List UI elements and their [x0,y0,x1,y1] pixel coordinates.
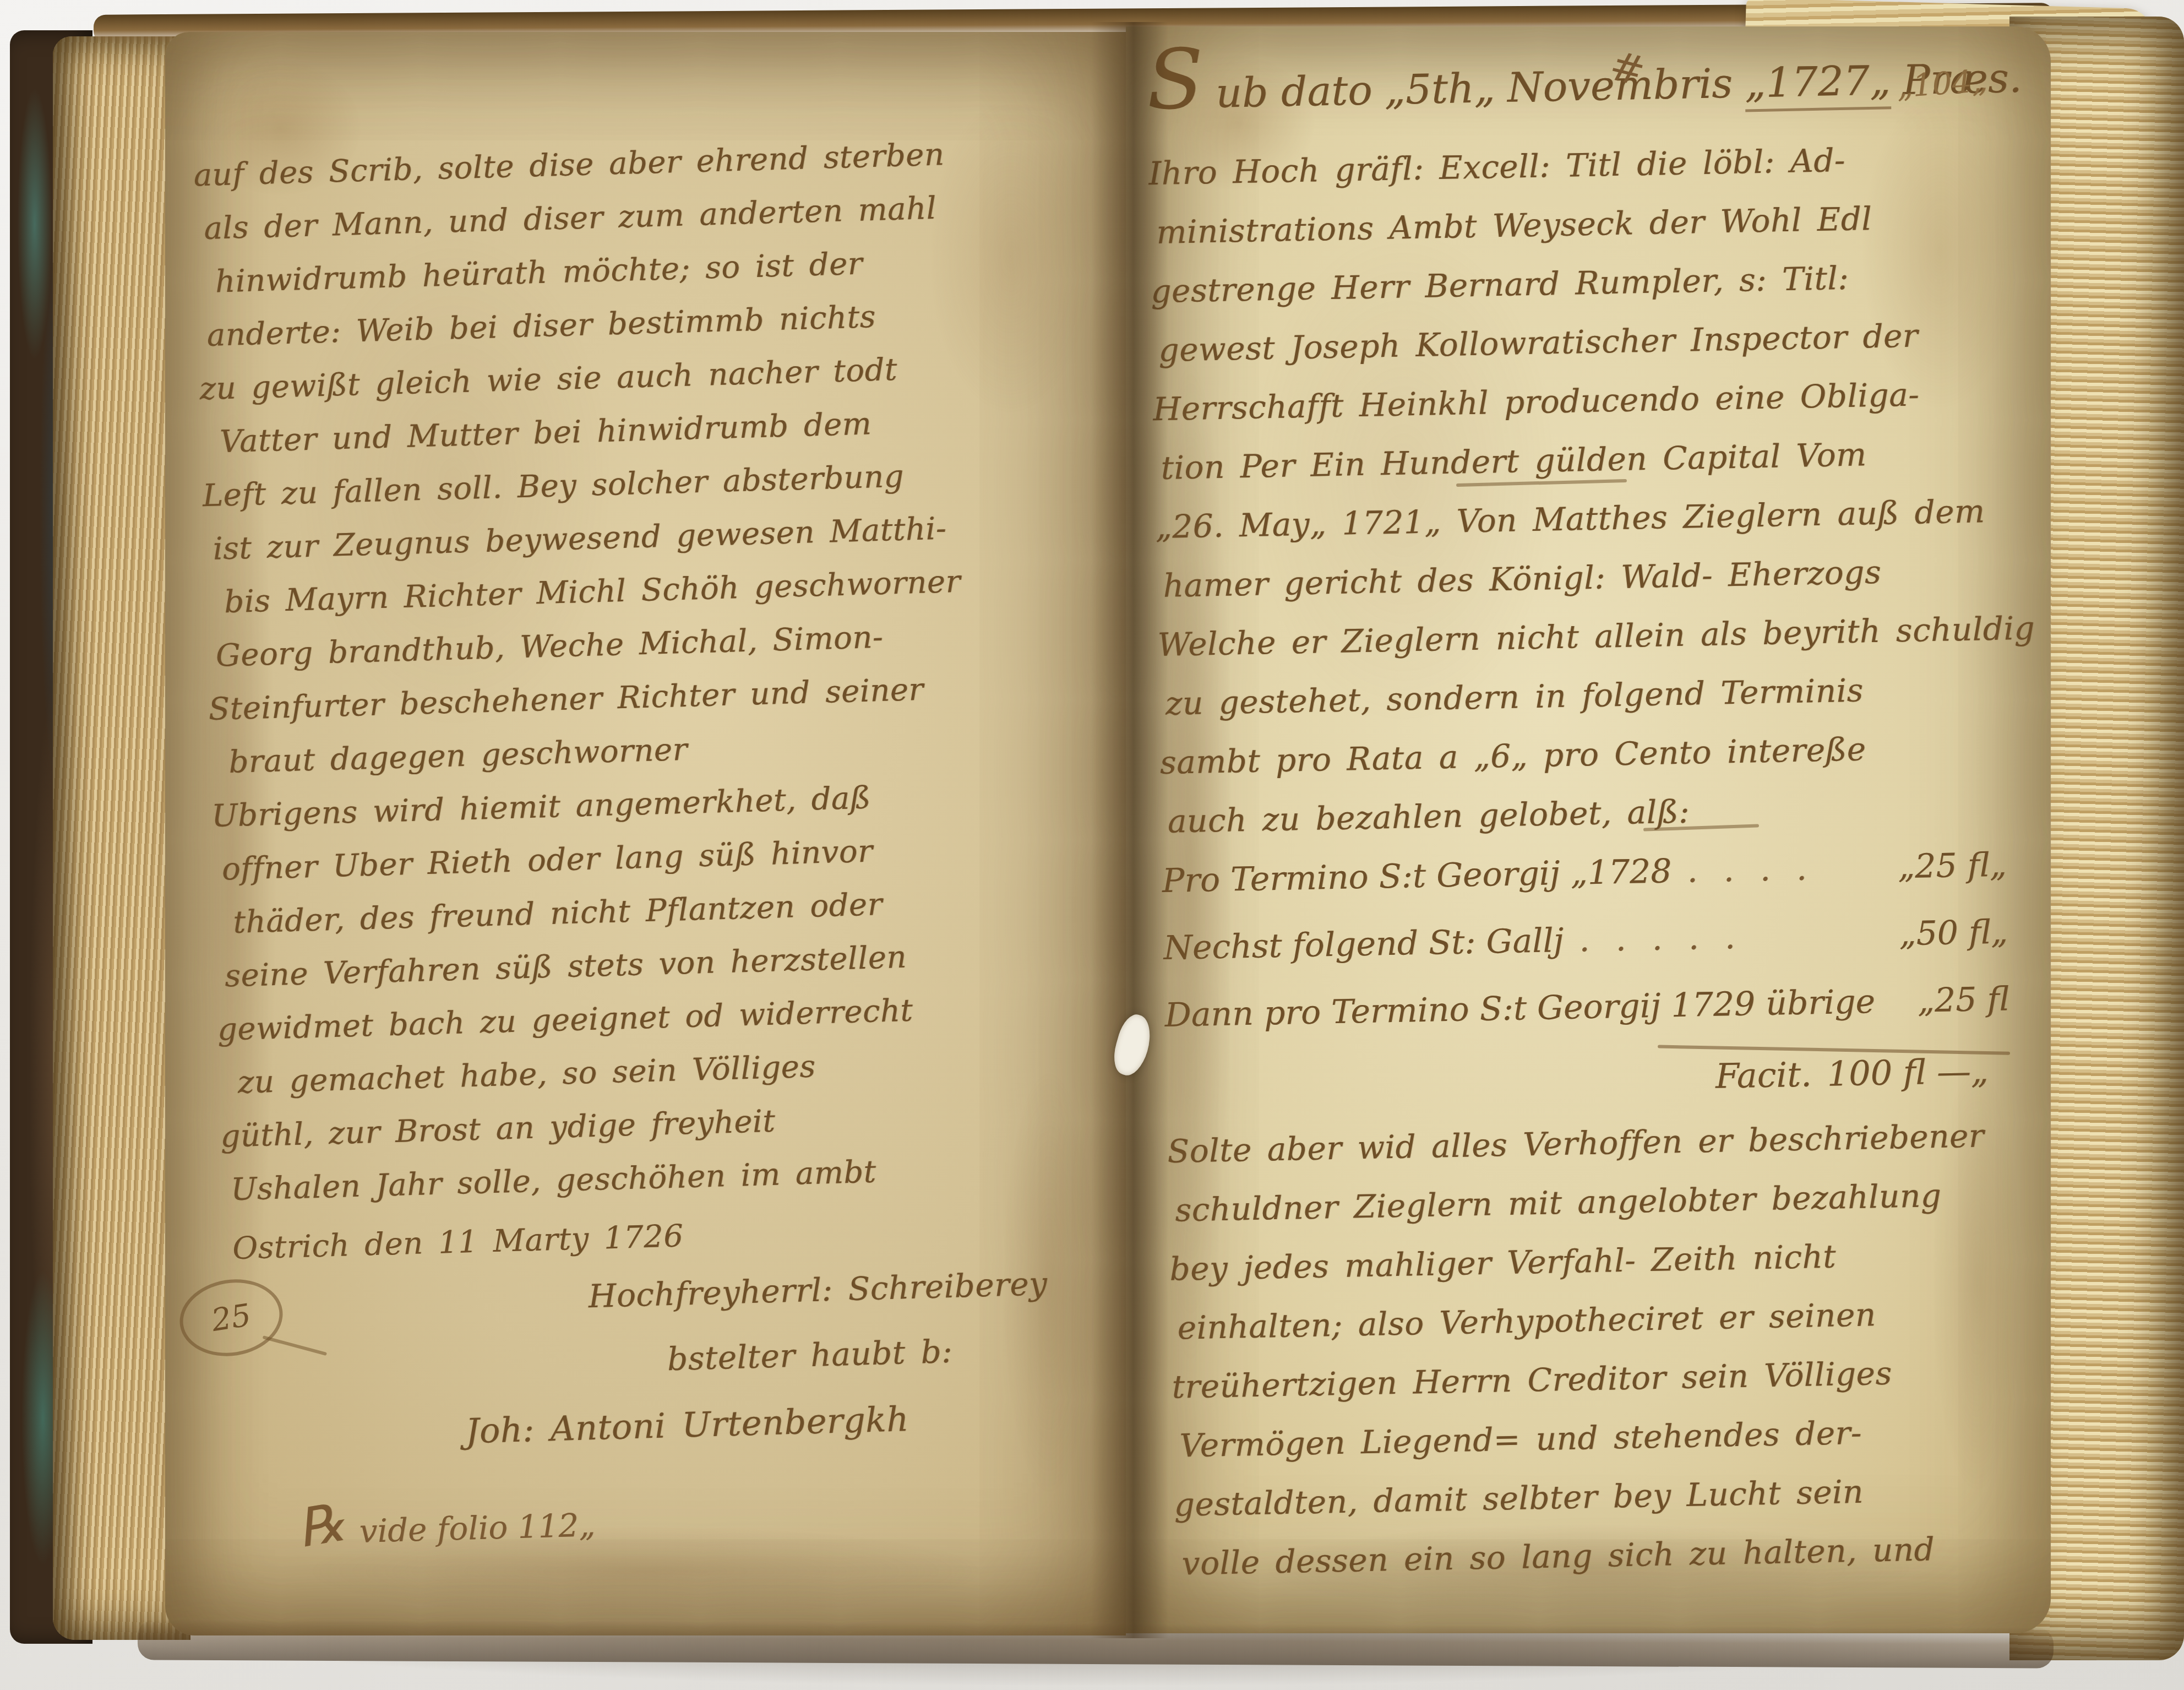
right-body-lines: Ihro Hoch gräfl: Excell: Titl die löbl: … [1148,138,2023,862]
term-amount: „25 fl [1917,980,2026,1020]
handwritten-line: Joh: Antoni Urtenbergkh [465,1394,1096,1476]
left-body-lines: auf des Scrib, solte dise aber ehrend st… [193,134,1089,1226]
term-label: Nechst folgend St: Gallj [1163,921,1564,968]
footnote-row: ℞ vide folio 112„ [297,1473,1098,1557]
left-page: 25 auf des Scrib, solte dise aber ehrend… [165,32,1126,1635]
left-page-text: auf des Scrib, solte dise aber ehrend st… [193,134,1098,1559]
book-bottom-edge [138,1619,2054,1668]
entry-heading: Sub dato „5th„ Novembris „1727„ Præs. [1146,39,2009,155]
payment-terms: Pro Termino S:t Georgij „1728. . . .„25 … [1162,845,2027,1063]
paragraph-sigil-icon: ℞ [292,1491,350,1560]
term-amount: „50 fl„ [1899,912,2025,953]
signature-block: Hochfreyherrl: Schreibereybstelter haubt… [225,1264,1096,1483]
right-page-text: Sub dato „5th„ Novembris „1727„ Præs. Ih… [1146,39,2037,1604]
heading-year: „1727„ [1744,57,1891,112]
dot-leader [1875,1012,1918,1013]
dot-leader: . . . . [1671,847,1898,890]
photo-frame: 25 auf des Scrib, solte dise aber ehrend… [0,0,2184,1690]
heading-swash-letter: S [1146,55,1203,105]
heading-day: „5th„ [1384,64,1496,114]
total-amount: 100 fl —„ [1827,1051,1989,1120]
margin-number: 25 [209,1297,254,1338]
footnote-text: vide folio 112„ [359,1506,596,1550]
term-amount: „25 fl„ [1897,845,2023,886]
heading-prefix: ub dato [1215,67,1373,117]
dot-leader: . . . . . [1563,915,1899,960]
right-page: # „104„ Sub dato „5th„ Novembris „1727„ … [1126,26,2051,1633]
page-number: „104„ [1896,63,1989,105]
total-label: Facit. [1715,1054,1812,1122]
right-closing-lines: Solte aber wid alles Verhoffen er beschr… [1167,1116,2037,1604]
handwritten-line: bstelter haubt b: [667,1329,1094,1406]
